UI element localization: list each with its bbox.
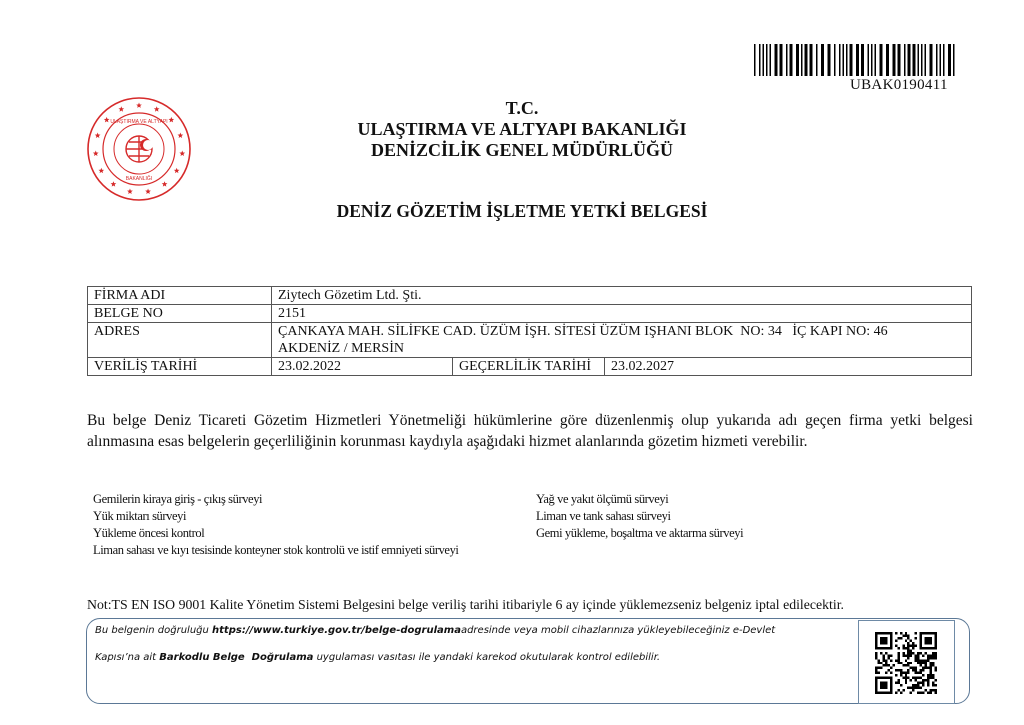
barcode-icon [754,44,958,76]
address-line-2: AKDENİZ / MERSİN [278,340,965,357]
table-row: ADRES ÇANKAYA MAH. SİLİFKE CAD. ÜZÜM İŞH… [88,323,972,358]
svg-text:BAKANLIĞI: BAKANLIĞI [126,175,152,182]
verification-text: uygulaması vasıtası ile yandaki karekod … [313,652,660,663]
info-table: FİRMA ADI Ziytech Gözetim Ltd. Şti. BELG… [87,286,972,376]
address-value: ÇANKAYA MAH. SİLİFKE CAD. ÜZÜM İŞH. SİTE… [272,323,972,358]
service-item: Yük miktarı sürveyi [93,508,459,525]
table-row: FİRMA ADI Ziytech Gözetim Ltd. Şti. [88,287,972,305]
qr-code-icon[interactable] [875,632,937,694]
firm-value: Ziytech Gözetim Ltd. Şti. [272,287,972,305]
address-line-1: ÇANKAYA MAH. SİLİFKE CAD. ÜZÜM İŞH. SİTE… [278,323,965,340]
document-title: DENİZ GÖZETİM İŞLETME YETKİ BELGESİ [0,201,1024,222]
verification-app-name: Barkodlu Belge Doğrulama [159,652,313,663]
authorization-paragraph: Bu belge Deniz Ticareti Gözetim Hizmetle… [87,410,973,452]
verification-text: Kapısı’na ait [95,652,159,663]
service-item: Yağ ve yakıt ölçümü sürveyi [536,491,743,508]
iso-note: Not:TS EN ISO 9001 Kalite Yönetim Sistem… [87,597,844,613]
barcode-number: UBAK0190411 [850,77,948,94]
validity-date-value: 23.02.2027 [605,358,972,376]
service-item: Yükleme öncesi kontrol [93,525,459,542]
address-label: ADRES [88,323,272,358]
verification-text: adresinde veya mobil cihazlarınıza yükle… [461,625,775,636]
table-row: VERİLİŞ TARİHİ 23.02.2022 GEÇERLİLİK TAR… [88,358,972,376]
service-item: Gemi yükleme, boşaltma ve aktarma sürvey… [536,525,743,542]
services-left: Gemilerin kiraya giriş - çıkış sürveyi Y… [93,491,459,559]
doc-no-label: BELGE NO [88,305,272,323]
issue-date-label: VERİLİŞ TARİHİ [88,358,272,376]
firm-label: FİRMA ADI [88,287,272,305]
header-directorate: DENİZCİLİK GENEL MÜDÜRLÜĞÜ [0,140,1024,161]
verification-line-1: Bu belgenin doğruluğu https://www.turkiy… [95,625,775,636]
table-row: BELGE NO 2151 [88,305,972,323]
header-tc: T.C. [0,98,1024,119]
verification-url-link[interactable]: https://www.turkiye.gov.tr/belge-dogrula… [212,625,461,636]
header-ministry: ULAŞTIRMA VE ALTYAPI BAKANLIĞI [0,119,1024,140]
verification-text: Bu belgenin doğruluğu [95,625,212,636]
services-right: Yağ ve yakıt ölçümü sürveyi Liman ve tan… [536,491,743,542]
verification-line-2: Kapısı’na ait Barkodlu Belge Doğrulama u… [95,652,660,663]
validity-date-label: GEÇERLİLİK TARİHİ [453,358,605,376]
doc-no-value: 2151 [272,305,972,323]
service-item: Liman sahası ve kıyı tesisinde konteyner… [93,542,459,559]
service-item: Gemilerin kiraya giriş - çıkış sürveyi [93,491,459,508]
issue-date-value: 23.02.2022 [272,358,453,376]
service-item: Liman ve tank sahası sürveyi [536,508,743,525]
